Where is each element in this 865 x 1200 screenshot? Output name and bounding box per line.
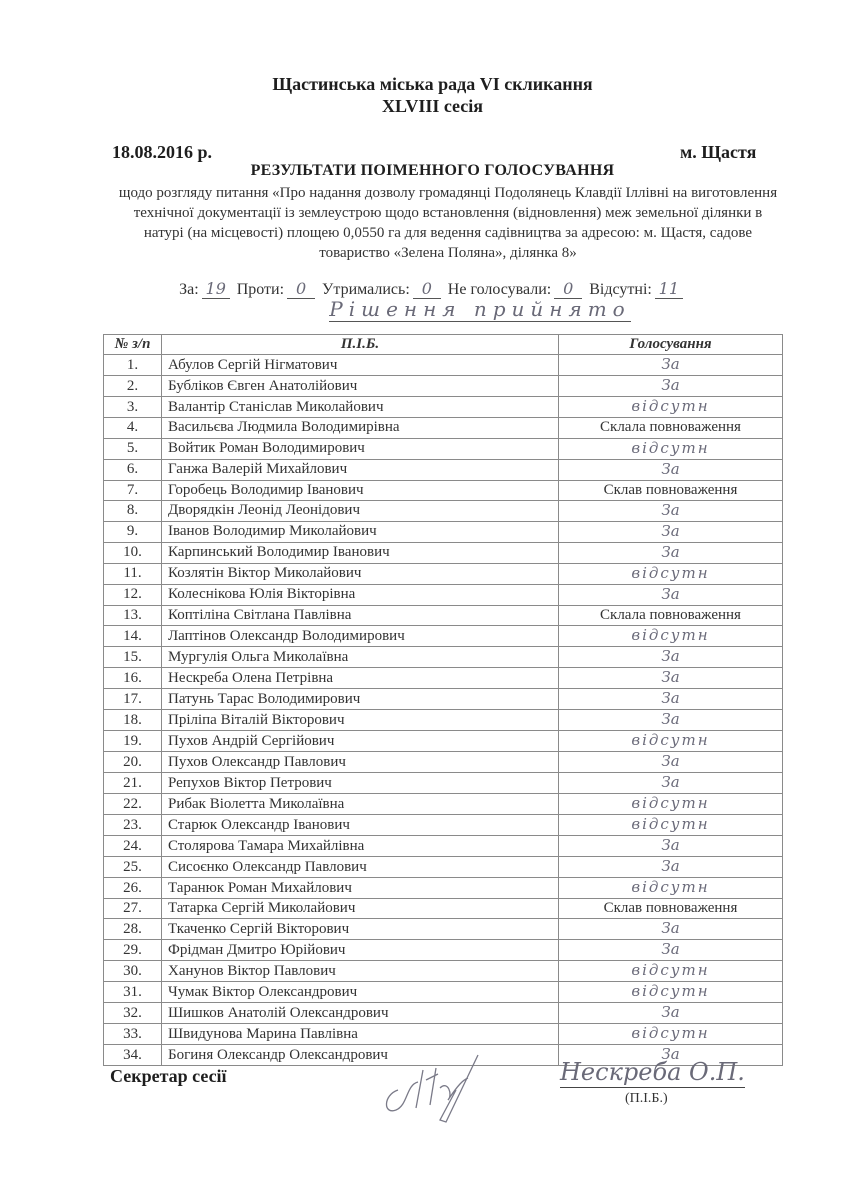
member-vote: відсутн <box>559 397 783 418</box>
row-number: 15. <box>104 647 162 668</box>
member-name: Коптіліна Світлана Павлівна <box>162 605 559 625</box>
row-number: 30. <box>104 961 162 982</box>
table-row: 21.Репухов Віктор ПетровичЗа <box>104 773 783 794</box>
table-row: 9.Іванов Володимир МиколайовичЗа <box>104 521 783 542</box>
document-heading: РЕЗУЛЬТАТИ ПОІМЕННОГО ГОЛОСУВАННЯ <box>0 162 865 180</box>
secretary-label: Секретар сесії <box>110 1066 227 1087</box>
member-name: Рибак Віолетта Миколаївна <box>162 794 559 815</box>
table-row: 24.Столярова Тамара МихайлівнаЗа <box>104 836 783 857</box>
table-row: 19.Пухов Андрій Сергійовичвідсутн <box>104 731 783 752</box>
table-row: 13.Коптіліна Світлана ПавлівнаСклала пов… <box>104 605 783 625</box>
table-row: 12.Колеснікова Юлія ВікторівнаЗа <box>104 584 783 605</box>
row-number: 12. <box>104 584 162 605</box>
abstained-value: 0 <box>413 279 441 299</box>
table-row: 26.Таранюк Роман Михайловичвідсутн <box>104 878 783 899</box>
row-number: 5. <box>104 438 162 459</box>
table-row: 4.Васильєва Людмила ВолодимирівнаСклала … <box>104 418 783 438</box>
member-vote: відсутн <box>559 815 783 836</box>
member-name: Татарка Сергій Миколайович <box>162 899 559 919</box>
member-vote: За <box>559 376 783 397</box>
table-row: 2.Бубліков Євген АнатолійовичЗа <box>104 376 783 397</box>
vote-value: За <box>661 919 679 937</box>
table-row: 8.Дворядкін Леонід ЛеонідовичЗа <box>104 500 783 521</box>
row-number: 2. <box>104 376 162 397</box>
row-number: 29. <box>104 940 162 961</box>
for-label: За: <box>179 281 199 298</box>
member-name: Патунь Тарас Володимирович <box>162 689 559 710</box>
member-name: Васильєва Людмила Володимирівна <box>162 418 559 438</box>
table-row: 5.Войтик Роман Володимировичвідсутн <box>104 438 783 459</box>
member-vote: Склала повноваження <box>559 605 783 625</box>
member-vote: відсутн <box>559 563 783 584</box>
member-name: Дворядкін Леонід Леонідович <box>162 500 559 521</box>
vote-value: За <box>661 689 679 707</box>
vote-value: За <box>661 857 679 875</box>
vote-value: відсутн <box>631 815 709 833</box>
member-vote: За <box>559 647 783 668</box>
member-vote: За <box>559 857 783 878</box>
decision-handwritten: Рішення прийнято <box>300 297 660 321</box>
row-number: 13. <box>104 605 162 625</box>
table-row: 17.Патунь Тарас ВолодимировичЗа <box>104 689 783 710</box>
member-vote: За <box>559 940 783 961</box>
against-value: 0 <box>287 279 315 299</box>
member-name: Чумак Віктор Олександрович <box>162 982 559 1003</box>
table-row: 25.Сисоєнко Олександр ПавловичЗа <box>104 857 783 878</box>
member-vote: За <box>559 689 783 710</box>
table-row: 33.Швидунова Марина Павлівнавідсутн <box>104 1024 783 1045</box>
row-number: 33. <box>104 1024 162 1045</box>
row-number: 11. <box>104 563 162 584</box>
table-header-row: № з/п П.І.Б. Голосування <box>104 335 783 355</box>
vote-value: відсутн <box>631 397 709 415</box>
member-vote: За <box>559 773 783 794</box>
member-vote: відсутн <box>559 878 783 899</box>
table-row: 31.Чумак Віктор Олександровичвідсутн <box>104 982 783 1003</box>
vote-value: відсутн <box>631 878 709 896</box>
for-value: 19 <box>202 279 230 299</box>
member-vote: За <box>559 584 783 605</box>
row-number: 28. <box>104 919 162 940</box>
member-name: Шишков Анатолій Олександрович <box>162 1003 559 1024</box>
member-name: Нескреба Олена Петрівна <box>162 668 559 689</box>
row-number: 1. <box>104 355 162 376</box>
table-row: 30.Ханунов Віктор Павловичвідсутн <box>104 961 783 982</box>
row-number: 32. <box>104 1003 162 1024</box>
member-vote: За <box>559 355 783 376</box>
table-body: 1.Абулов Сергій НігматовичЗа2.Бубліков Є… <box>104 355 783 1066</box>
member-vote: За <box>559 459 783 480</box>
vote-value: За <box>661 501 679 519</box>
member-name: Колеснікова Юлія Вікторівна <box>162 584 559 605</box>
decision-text: Рішення прийнято <box>329 297 630 322</box>
vote-value: За <box>661 668 679 686</box>
vote-value: відсутн <box>631 626 709 644</box>
row-number: 31. <box>104 982 162 1003</box>
vote-value: За <box>661 710 679 728</box>
member-name: Абулов Сергій Нігматович <box>162 355 559 376</box>
vote-value: відсутн <box>631 794 709 812</box>
table-row: 22.Рибак Віолетта Миколаївнавідсутн <box>104 794 783 815</box>
vote-value: Склав повноваження <box>604 900 738 916</box>
member-vote: Склав повноваження <box>559 480 783 500</box>
member-name: Лаптінов Олександр Володимирович <box>162 626 559 647</box>
table-row: 6.Ганжа Валерій МихайловичЗа <box>104 459 783 480</box>
member-name: Іванов Володимир Миколайович <box>162 521 559 542</box>
table-row: 16.Нескреба Олена ПетрівнаЗа <box>104 668 783 689</box>
table-row: 28.Ткаченко Сергій ВікторовичЗа <box>104 919 783 940</box>
row-number: 34. <box>104 1045 162 1066</box>
absent-label: Відсутні: <box>589 281 652 298</box>
member-vote: Склав повноваження <box>559 899 783 919</box>
member-vote: За <box>559 752 783 773</box>
row-number: 26. <box>104 878 162 899</box>
vote-value: За <box>661 752 679 770</box>
header-number: № з/п <box>104 335 162 355</box>
vote-value: відсутн <box>631 439 709 457</box>
row-number: 9. <box>104 521 162 542</box>
table-row: 10.Карпинський Володимир ІвановичЗа <box>104 542 783 563</box>
vote-value: відсутн <box>631 1024 709 1042</box>
row-number: 27. <box>104 899 162 919</box>
row-number: 16. <box>104 668 162 689</box>
vote-value: За <box>661 522 679 540</box>
member-vote: відсутн <box>559 438 783 459</box>
row-number: 21. <box>104 773 162 794</box>
document-date: 18.08.2016 р. <box>112 142 212 163</box>
vote-value: відсутн <box>631 564 709 582</box>
member-name: Сисоєнко Олександр Павлович <box>162 857 559 878</box>
not-voted-value: 0 <box>554 279 582 299</box>
row-number: 17. <box>104 689 162 710</box>
member-name: Горобець Володимир Іванович <box>162 480 559 500</box>
absent-value: 11 <box>655 279 683 299</box>
member-vote: За <box>559 710 783 731</box>
member-vote: За <box>559 919 783 940</box>
member-vote: відсутн <box>559 626 783 647</box>
member-vote: Склала повноваження <box>559 418 783 438</box>
row-number: 4. <box>104 418 162 438</box>
member-vote: За <box>559 668 783 689</box>
table-row: 14.Лаптінов Олександр Володимировичвідсу… <box>104 626 783 647</box>
not-voted-label: Не голосували: <box>448 281 551 298</box>
member-name: Бубліков Євген Анатолійович <box>162 376 559 397</box>
row-number: 19. <box>104 731 162 752</box>
table-row: 15.Мургулія Ольга МиколаївнаЗа <box>104 647 783 668</box>
signature-line <box>560 1087 745 1088</box>
row-number: 23. <box>104 815 162 836</box>
member-vote: За <box>559 836 783 857</box>
vote-value: відсутн <box>631 731 709 749</box>
vote-value: Склала повноваження <box>600 419 741 435</box>
row-number: 6. <box>104 459 162 480</box>
member-name: Пріліпа Віталій Вікторович <box>162 710 559 731</box>
member-vote: За <box>559 521 783 542</box>
row-number: 10. <box>104 542 162 563</box>
vote-value: За <box>661 647 679 665</box>
vote-tally: За:19 Проти:0 Утримались:0 Не голосували… <box>0 279 865 299</box>
member-name: Козлятін Віктор Миколайович <box>162 563 559 584</box>
member-name: Богиня Олександр Олександрович <box>162 1045 559 1066</box>
table-row: 29.Фрідман Дмитро ЮрійовичЗа <box>104 940 783 961</box>
vote-value: За <box>661 376 679 394</box>
member-name: Ткаченко Сергій Вікторович <box>162 919 559 940</box>
member-name: Войтик Роман Володимирович <box>162 438 559 459</box>
signature-mark <box>378 1050 488 1125</box>
header-vote: Голосування <box>559 335 783 355</box>
member-name: Таранюк Роман Михайлович <box>162 878 559 899</box>
vote-value: відсутн <box>631 982 709 1000</box>
member-name: Репухов Віктор Петрович <box>162 773 559 794</box>
member-name: Валантір Станіслав Миколайович <box>162 397 559 418</box>
member-name: Столярова Тамара Михайлівна <box>162 836 559 857</box>
member-vote: За <box>559 500 783 521</box>
member-vote: відсутн <box>559 961 783 982</box>
member-name: Фрідман Дмитро Юрійович <box>162 940 559 961</box>
member-name: Карпинський Володимир Іванович <box>162 542 559 563</box>
member-name: Ганжа Валерій Михайлович <box>162 459 559 480</box>
pib-label: (П.І.Б.) <box>625 1091 668 1107</box>
vote-value: За <box>661 460 679 478</box>
vote-value: За <box>661 940 679 958</box>
vote-value: Склала повноваження <box>600 607 741 623</box>
table-row: 27.Татарка Сергій МиколайовичСклав повно… <box>104 899 783 919</box>
vote-value: За <box>661 1003 679 1021</box>
table-row: 7.Горобець Володимир ІвановичСклав повно… <box>104 480 783 500</box>
vote-value: За <box>661 355 679 373</box>
row-number: 7. <box>104 480 162 500</box>
council-title: Щастинська міська рада VI скликання <box>0 74 865 95</box>
row-number: 8. <box>104 500 162 521</box>
against-label: Проти: <box>237 281 284 298</box>
agenda-subject: щодо розгляду питання «Про надання дозво… <box>118 183 778 263</box>
table-row: 18.Пріліпа Віталій ВікторовичЗа <box>104 710 783 731</box>
row-number: 3. <box>104 397 162 418</box>
member-vote: відсутн <box>559 1024 783 1045</box>
row-number: 22. <box>104 794 162 815</box>
table-row: 23.Старюк Олександр Івановичвідсутн <box>104 815 783 836</box>
vote-value: відсутн <box>631 961 709 979</box>
member-vote: відсутн <box>559 794 783 815</box>
table-row: 1.Абулов Сергій НігматовичЗа <box>104 355 783 376</box>
table-row: 20.Пухов Олександр ПавловичЗа <box>104 752 783 773</box>
row-number: 14. <box>104 626 162 647</box>
abstained-label: Утримались: <box>322 281 410 298</box>
member-name: Пухов Андрій Сергійович <box>162 731 559 752</box>
vote-value: За <box>661 773 679 791</box>
document-city: м. Щастя <box>680 142 756 163</box>
member-name: Швидунова Марина Павлівна <box>162 1024 559 1045</box>
vote-value: За <box>661 543 679 561</box>
header-name: П.І.Б. <box>162 335 559 355</box>
signature-name: Нескреба О.П. <box>560 1058 745 1086</box>
member-vote: За <box>559 542 783 563</box>
vote-value: За <box>661 585 679 603</box>
row-number: 20. <box>104 752 162 773</box>
row-number: 24. <box>104 836 162 857</box>
roll-call-table: № з/п П.І.Б. Голосування 1.Абулов Сергій… <box>103 334 783 1066</box>
member-name: Пухов Олександр Павлович <box>162 752 559 773</box>
row-number: 18. <box>104 710 162 731</box>
member-vote: За <box>559 1003 783 1024</box>
vote-value: За <box>661 836 679 854</box>
member-name: Мургулія Ольга Миколаївна <box>162 647 559 668</box>
member-name: Ханунов Віктор Павлович <box>162 961 559 982</box>
session-title: XLVIII сесія <box>0 96 865 117</box>
member-name: Старюк Олександр Іванович <box>162 815 559 836</box>
table-row: 3.Валантір Станіслав Миколайовичвідсутн <box>104 397 783 418</box>
member-vote: відсутн <box>559 731 783 752</box>
table-row: 32.Шишков Анатолій ОлександровичЗа <box>104 1003 783 1024</box>
row-number: 25. <box>104 857 162 878</box>
table-row: 11.Козлятін Віктор Миколайовичвідсутн <box>104 563 783 584</box>
member-vote: відсутн <box>559 982 783 1003</box>
vote-value: Склав повноваження <box>604 482 738 498</box>
